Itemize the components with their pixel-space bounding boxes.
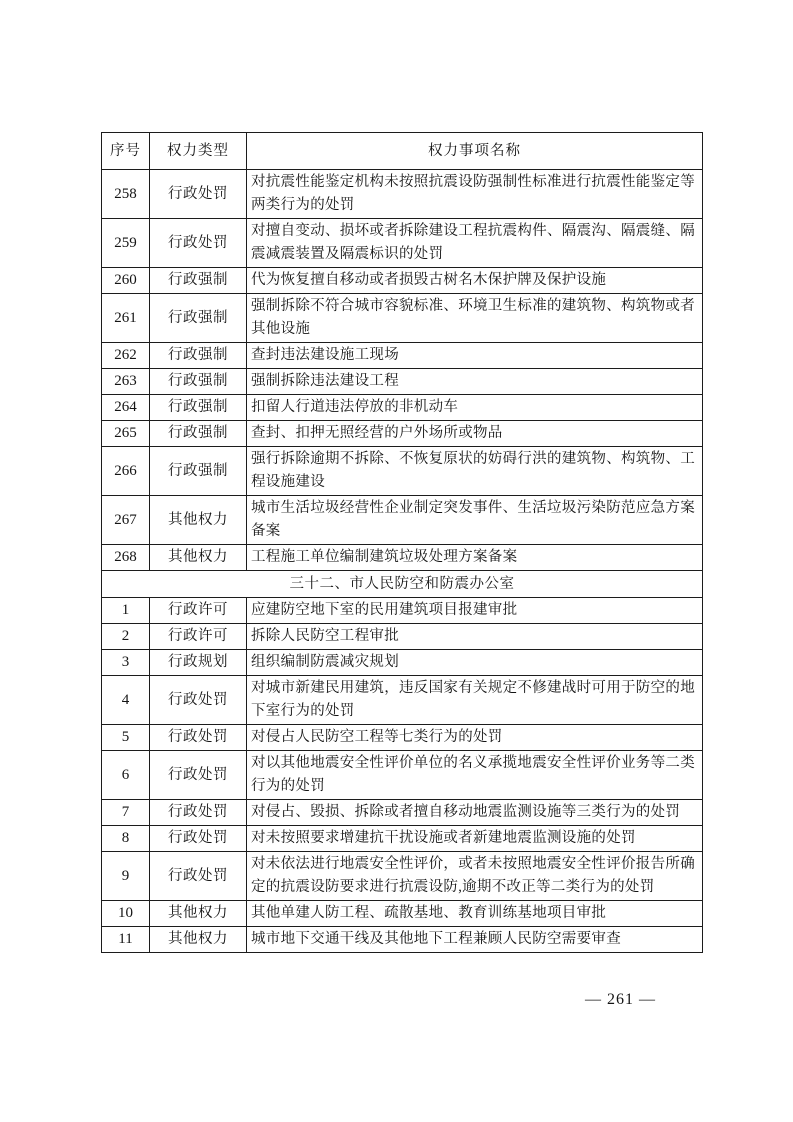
- cell-power-item-name: 扣留人行道违法停放的非机动车: [247, 395, 703, 421]
- power-items-table: 序号 权力类型 权力事项名称 258行政处罚对抗震性能鉴定机构未按照抗震设防强制…: [101, 132, 703, 953]
- cell-power-type: 行政处罚: [150, 800, 247, 826]
- table-row: 6行政处罚对以其他地震安全性评价单位的名义承揽地震安全性评价业务等二类行为的处罚: [102, 751, 703, 800]
- cell-serial-number: 4: [102, 676, 150, 725]
- header-power-type: 权力类型: [150, 133, 247, 170]
- table-row: 265行政强制查封、扣押无照经营的户外场所或物品: [102, 421, 703, 447]
- section-header-row: 三十二、市人民防空和防震办公室: [102, 571, 703, 598]
- cell-serial-number: 267: [102, 496, 150, 545]
- cell-power-item-name: 城市地下交通干线及其他地下工程兼顾人民防空需要审查: [247, 927, 703, 953]
- page-number: — 261 —: [585, 991, 656, 1009]
- cell-power-item-name: 工程施工单位编制建筑垃圾处理方案备案: [247, 545, 703, 571]
- cell-serial-number: 266: [102, 447, 150, 496]
- cell-power-type: 行政处罚: [150, 219, 247, 268]
- cell-serial-number: 259: [102, 219, 150, 268]
- cell-power-type: 其他权力: [150, 901, 247, 927]
- cell-power-item-name: 强制拆除违法建设工程: [247, 369, 703, 395]
- cell-serial-number: 5: [102, 725, 150, 751]
- cell-power-type: 其他权力: [150, 545, 247, 571]
- table-row: 267其他权力城市生活垃圾经营性企业制定突发事件、生活垃圾污染防范应急方案备案: [102, 496, 703, 545]
- cell-power-item-name: 对侵占、毁损、拆除或者擅自移动地震监测设施等三类行为的处罚: [247, 800, 703, 826]
- cell-power-item-name: 查封、扣押无照经营的户外场所或物品: [247, 421, 703, 447]
- header-serial-number: 序号: [102, 133, 150, 170]
- cell-power-item-name: 组织编制防震减灾规划: [247, 650, 703, 676]
- table-row: 7行政处罚对侵占、毁损、拆除或者擅自移动地震监测设施等三类行为的处罚: [102, 800, 703, 826]
- cell-serial-number: 258: [102, 170, 150, 219]
- cell-power-item-name: 对城市新建民用建筑，违反国家有关规定不修建战时可用于防空的地下室行为的处罚: [247, 676, 703, 725]
- cell-serial-number: 263: [102, 369, 150, 395]
- cell-power-item-name: 应建防空地下室的民用建筑项目报建审批: [247, 598, 703, 624]
- cell-serial-number: 11: [102, 927, 150, 953]
- cell-serial-number: 262: [102, 343, 150, 369]
- cell-power-type: 行政强制: [150, 343, 247, 369]
- cell-power-type: 行政强制: [150, 369, 247, 395]
- document-page: 序号 权力类型 权力事项名称 258行政处罚对抗震性能鉴定机构未按照抗震设防强制…: [0, 0, 793, 1122]
- cell-serial-number: 261: [102, 294, 150, 343]
- cell-power-type: 其他权力: [150, 927, 247, 953]
- cell-serial-number: 3: [102, 650, 150, 676]
- table-row: 3行政规划组织编制防震减灾规划: [102, 650, 703, 676]
- cell-power-item-name: 查封违法建设施工现场: [247, 343, 703, 369]
- cell-power-type: 行政处罚: [150, 676, 247, 725]
- cell-power-item-name: 城市生活垃圾经营性企业制定突发事件、生活垃圾污染防范应急方案备案: [247, 496, 703, 545]
- table-row: 9行政处罚对未依法进行地震安全性评价，或者未按照地震安全性评价报告所确定的抗震设…: [102, 852, 703, 901]
- cell-power-type: 行政许可: [150, 624, 247, 650]
- cell-serial-number: 264: [102, 395, 150, 421]
- table-body: 258行政处罚对抗震性能鉴定机构未按照抗震设防强制性标准进行抗震性能鉴定等两类行…: [102, 170, 703, 953]
- cell-power-item-name: 强制拆除不符合城市容貌标准、环境卫生标准的建筑物、构筑物或者其他设施: [247, 294, 703, 343]
- cell-power-item-name: 代为恢复擅自移动或者损毁古树名木保护牌及保护设施: [247, 268, 703, 294]
- cell-power-type: 行政规划: [150, 650, 247, 676]
- cell-power-item-name: 拆除人民防空工程审批: [247, 624, 703, 650]
- cell-power-type: 行政处罚: [150, 852, 247, 901]
- cell-serial-number: 1: [102, 598, 150, 624]
- table-row: 11其他权力城市地下交通干线及其他地下工程兼顾人民防空需要审查: [102, 927, 703, 953]
- table-header: 序号 权力类型 权力事项名称: [102, 133, 703, 170]
- cell-serial-number: 265: [102, 421, 150, 447]
- cell-power-item-name: 强行拆除逾期不拆除、不恢复原状的妨碍行洪的建筑物、构筑物、工程设施建设: [247, 447, 703, 496]
- cell-power-item-name: 对擅自变动、损坏或者拆除建设工程抗震构件、隔震沟、隔震缝、隔震减震装置及隔震标识…: [247, 219, 703, 268]
- table-row: 268其他权力工程施工单位编制建筑垃圾处理方案备案: [102, 545, 703, 571]
- cell-power-type: 行政强制: [150, 268, 247, 294]
- cell-power-type: 行政处罚: [150, 170, 247, 219]
- cell-serial-number: 2: [102, 624, 150, 650]
- table-row: 262行政强制查封违法建设施工现场: [102, 343, 703, 369]
- cell-serial-number: 6: [102, 751, 150, 800]
- table-row: 260行政强制代为恢复擅自移动或者损毁古树名木保护牌及保护设施: [102, 268, 703, 294]
- cell-power-item-name: 其他单建人防工程、疏散基地、教育训练基地项目审批: [247, 901, 703, 927]
- cell-serial-number: 9: [102, 852, 150, 901]
- table-row: 8行政处罚对未按照要求增建抗干扰设施或者新建地震监测设施的处罚: [102, 826, 703, 852]
- cell-serial-number: 8: [102, 826, 150, 852]
- cell-power-item-name: 对未按照要求增建抗干扰设施或者新建地震监测设施的处罚: [247, 826, 703, 852]
- table-row: 10其他权力其他单建人防工程、疏散基地、教育训练基地项目审批: [102, 901, 703, 927]
- table-row: 1行政许可应建防空地下室的民用建筑项目报建审批: [102, 598, 703, 624]
- cell-power-item-name: 对侵占人民防空工程等七类行为的处罚: [247, 725, 703, 751]
- cell-power-type: 行政许可: [150, 598, 247, 624]
- section-header-cell: 三十二、市人民防空和防震办公室: [102, 571, 703, 598]
- cell-power-item-name: 对未依法进行地震安全性评价，或者未按照地震安全性评价报告所确定的抗震设防要求进行…: [247, 852, 703, 901]
- header-power-item-name: 权力事项名称: [247, 133, 703, 170]
- cell-power-type: 行政强制: [150, 421, 247, 447]
- table-row: 5行政处罚对侵占人民防空工程等七类行为的处罚: [102, 725, 703, 751]
- table-row: 266行政强制强行拆除逾期不拆除、不恢复原状的妨碍行洪的建筑物、构筑物、工程设施…: [102, 447, 703, 496]
- header-row: 序号 权力类型 权力事项名称: [102, 133, 703, 170]
- table-row: 259行政处罚对擅自变动、损坏或者拆除建设工程抗震构件、隔震沟、隔震缝、隔震减震…: [102, 219, 703, 268]
- cell-power-type: 行政处罚: [150, 826, 247, 852]
- cell-serial-number: 268: [102, 545, 150, 571]
- table-row: 264行政强制扣留人行道违法停放的非机动车: [102, 395, 703, 421]
- table-row: 4行政处罚对城市新建民用建筑，违反国家有关规定不修建战时可用于防空的地下室行为的…: [102, 676, 703, 725]
- table-row: 258行政处罚对抗震性能鉴定机构未按照抗震设防强制性标准进行抗震性能鉴定等两类行…: [102, 170, 703, 219]
- cell-power-type: 行政强制: [150, 447, 247, 496]
- cell-power-item-name: 对抗震性能鉴定机构未按照抗震设防强制性标准进行抗震性能鉴定等两类行为的处罚: [247, 170, 703, 219]
- cell-power-type: 行政强制: [150, 395, 247, 421]
- cell-power-type: 其他权力: [150, 496, 247, 545]
- table-row: 261行政强制强制拆除不符合城市容貌标准、环境卫生标准的建筑物、构筑物或者其他设…: [102, 294, 703, 343]
- cell-power-type: 行政处罚: [150, 751, 247, 800]
- cell-serial-number: 7: [102, 800, 150, 826]
- cell-power-item-name: 对以其他地震安全性评价单位的名义承揽地震安全性评价业务等二类行为的处罚: [247, 751, 703, 800]
- cell-power-type: 行政处罚: [150, 725, 247, 751]
- cell-serial-number: 10: [102, 901, 150, 927]
- table-row: 2行政许可拆除人民防空工程审批: [102, 624, 703, 650]
- table-row: 263行政强制强制拆除违法建设工程: [102, 369, 703, 395]
- cell-serial-number: 260: [102, 268, 150, 294]
- cell-power-type: 行政强制: [150, 294, 247, 343]
